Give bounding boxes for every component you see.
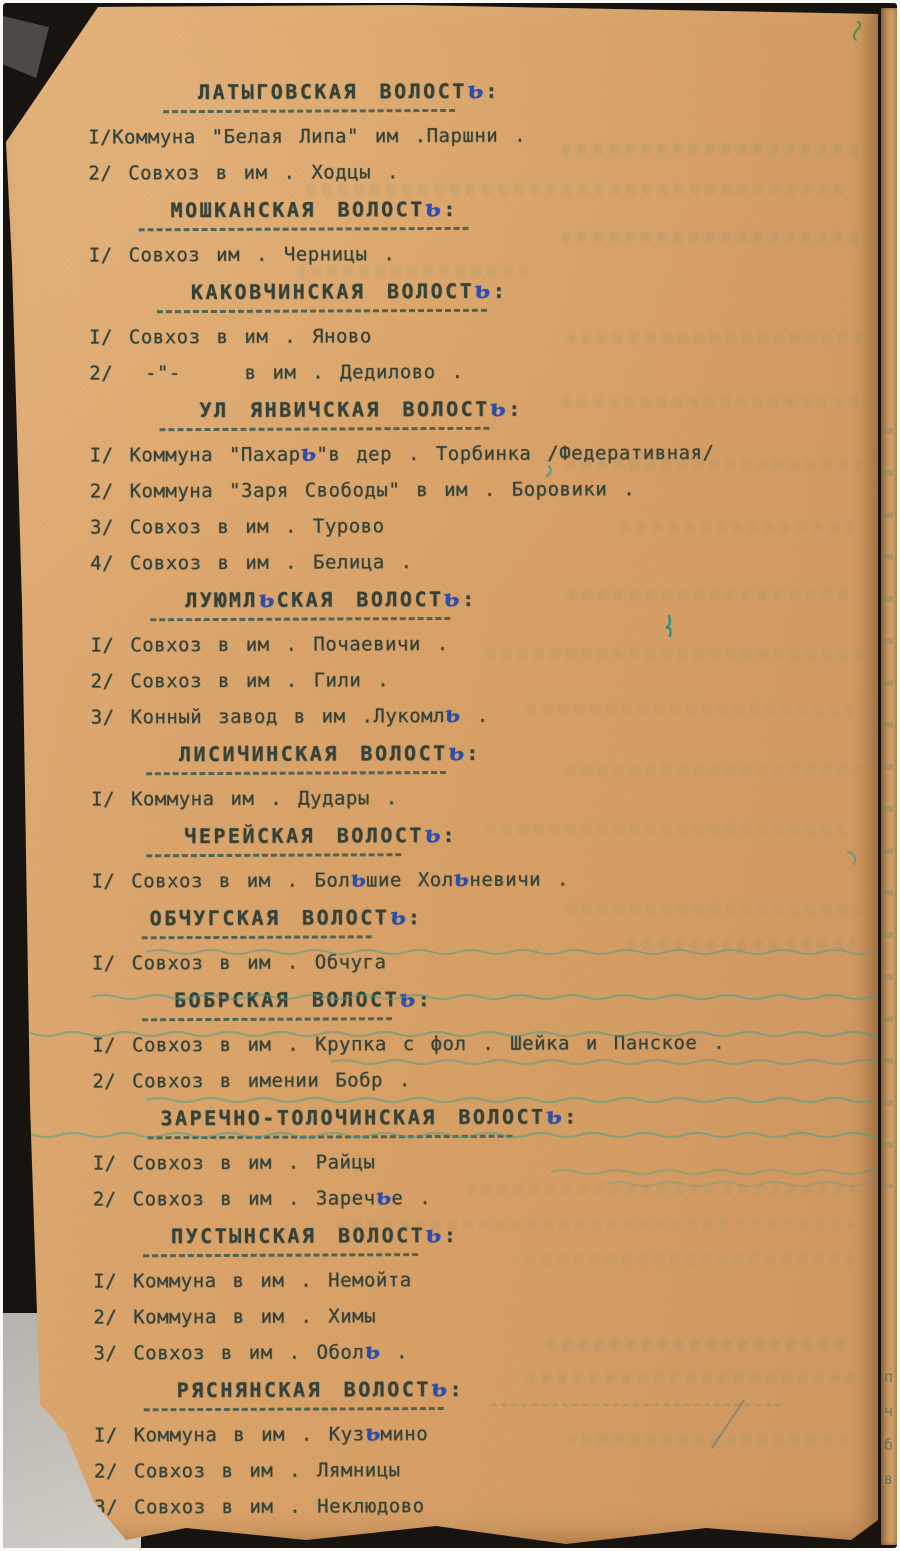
list-item: 4/ Совхоз в им . Белица . xyxy=(90,548,877,575)
sliver-letter: б xyxy=(884,1436,893,1454)
list-item: 3/ Совхоз в им . Неклюдово xyxy=(94,1492,881,1519)
handwritten-soft-sign: ь xyxy=(389,915,407,917)
handwritten-soft-sign: ь xyxy=(365,1432,381,1434)
handwritten-soft-sign: ь xyxy=(258,598,276,600)
volost-section: БОБРСКАЯ ВОЛОСТь:I/ Совхоз в им . Крупка… xyxy=(7,984,879,1094)
list-item: I/ Совхоз в им . Большие Хольневичи . xyxy=(91,866,878,893)
handwritten-soft-sign: ь xyxy=(474,289,492,291)
dashed-underline xyxy=(159,427,489,431)
ghost-text-band xyxy=(566,459,866,470)
dashed-underline xyxy=(139,227,469,231)
volost-section: КАКОВЧИНСКАЯ ВОЛОСТь:I/ Совхоз в им . Ян… xyxy=(4,276,876,386)
sliver-letter: п xyxy=(884,1368,893,1386)
ghost-text-band xyxy=(336,1219,856,1230)
list-item: I/ Совхоз в им . Обчуга xyxy=(92,948,879,975)
ghost-text-band xyxy=(486,649,866,660)
ghost-text-band xyxy=(296,266,536,277)
handwritten-soft-sign: ь xyxy=(445,714,461,716)
dashed-underline xyxy=(148,1135,513,1140)
ghost-text-band xyxy=(561,144,861,155)
handwritten-soft-sign: ь xyxy=(454,878,470,880)
volost-section: ЛИСИЧИНСКАЯ ВОЛОСТь:I/ Коммуна им . Дуда… xyxy=(6,738,878,812)
handwritten-soft-sign: ь xyxy=(399,997,417,999)
ghost-text-band xyxy=(621,522,861,533)
list-item: 2/ -"- в им . Дедилово . xyxy=(89,358,876,385)
list-item: 2/ Совхоз в им . Ходцы . xyxy=(88,158,875,185)
ghost-text-band xyxy=(546,1339,846,1350)
list-item: I/ Коммуна в им . Немойта xyxy=(93,1266,880,1293)
list-item: I/ Совхоз в им . Крупка с фол . Шейка и … xyxy=(92,1030,879,1057)
volost-section: ЗАРЕЧНО-ТОЛОЧИНСКАЯ ВОЛОСТь:I/ Совхоз в … xyxy=(7,1102,879,1212)
volost-header: ЛИСИЧИНСКАЯ ВОЛОСТь: xyxy=(179,738,878,767)
volost-section: МОШКАНСКАЯ ВОЛОСТь:I/ Совхоз им . Черниц… xyxy=(3,194,875,268)
dashed-underline xyxy=(144,1407,444,1411)
ghost-text-band xyxy=(561,396,861,407)
handwritten-soft-sign: ь xyxy=(350,878,366,880)
dashed-underline xyxy=(146,771,446,775)
ghost-text-band xyxy=(526,1254,856,1265)
handwritten-soft-sign: ь xyxy=(546,1114,564,1116)
ghost-text-band xyxy=(566,332,866,343)
ghost-text-band xyxy=(626,939,856,950)
ghost-text-band xyxy=(526,1372,856,1383)
handwritten-soft-sign: ь xyxy=(376,1196,392,1198)
list-item: 2/ Совхоз в им . Гили . xyxy=(91,666,878,693)
volost-header: ЗАРЕЧНО-ТОЛОЧИНСКАЯ ВОЛОСТь: xyxy=(160,1102,879,1131)
list-item: I/ Совхоз в им . Райцы xyxy=(93,1148,880,1175)
list-item: 2/ Совхоз в им . Лямницы xyxy=(94,1456,881,1483)
handwritten-soft-sign: ь xyxy=(425,207,443,209)
list-item: 2/ Совхоз в имении Бобр . xyxy=(92,1066,879,1093)
volost-section: РЯСНЯНСКАЯ ВОЛОСТь:I/ Коммуна в им . Куз… xyxy=(9,1374,882,1520)
list-item: I/ Коммуна им . Дудары . xyxy=(91,784,878,811)
handwritten-soft-sign: ь xyxy=(431,1387,449,1389)
list-item: I/ Совхоз им . Черницы . xyxy=(89,240,876,267)
handwritten-soft-sign: ь xyxy=(490,407,508,409)
ghost-text-band xyxy=(306,184,846,195)
volost-header: КАКОВЧИНСКАЯ ВОЛОСТь: xyxy=(191,276,876,305)
dashed-underline xyxy=(142,1017,392,1021)
handwritten-soft-sign: ь xyxy=(467,89,485,91)
dashed-underline xyxy=(142,935,372,939)
handwritten-soft-sign: ь xyxy=(301,453,317,455)
ghost-text-band xyxy=(566,589,856,600)
handwritten-soft-sign: ь xyxy=(425,1233,443,1235)
list-item: 2/ Коммуна "Заря Свободы" в им . Боровик… xyxy=(90,476,877,503)
ghost-text-band xyxy=(561,232,861,243)
next-page-edge: пчбв xyxy=(881,8,897,1545)
volost-section: ЛАТЫГОВСКАЯ ВОЛОСТь:I/Коммуна "Белая Лип… xyxy=(3,76,875,186)
ghost-text-band xyxy=(466,1184,856,1195)
edge-smudge xyxy=(883,428,893,1188)
ghost-text-band xyxy=(566,904,866,915)
document-page: ЛАТЫГОВСКАЯ ВОЛОСТь:I/Коммуна "Белая Лип… xyxy=(6,4,878,1548)
ghost-text-band xyxy=(566,1434,856,1445)
volost-section: УЛ ЯНВИЧСКАЯ ВОЛОСТь:I/ Коммуна "Пахарь"… xyxy=(4,394,877,576)
scanned-document: ЛАТЫГОВСКАЯ ВОЛОСТь:I/Коммуна "Белая Лип… xyxy=(0,0,900,1551)
ghost-text-band xyxy=(566,764,866,775)
handwritten-soft-sign: ь xyxy=(444,597,462,599)
volost-header: БОБРСКАЯ ВОЛОСТь: xyxy=(174,984,879,1013)
handwritten-soft-sign: ь xyxy=(424,833,442,835)
ghost-dashed-line xyxy=(491,1404,781,1406)
list-item: 2/ Коммуна в им . Химы xyxy=(93,1302,880,1329)
handwritten-soft-sign: ь xyxy=(364,1350,380,1352)
volost-header: МОШКАНСКАЯ ВОЛОСТь: xyxy=(170,194,875,223)
volost-header: ЛАТЫГОВСКАЯ ВОЛОСТь: xyxy=(198,76,875,105)
handwritten-soft-sign: ь xyxy=(448,751,466,753)
dashed-underline xyxy=(150,617,450,621)
dashed-underline xyxy=(143,1253,418,1257)
dashed-underline xyxy=(163,109,455,113)
dashed-underline xyxy=(157,309,487,313)
dashed-underline xyxy=(146,853,401,857)
ghost-text-band xyxy=(486,824,846,835)
ghost-text-band xyxy=(526,704,856,715)
sliver-letter: ч xyxy=(884,1402,893,1420)
sliver-letter: в xyxy=(884,1470,893,1488)
